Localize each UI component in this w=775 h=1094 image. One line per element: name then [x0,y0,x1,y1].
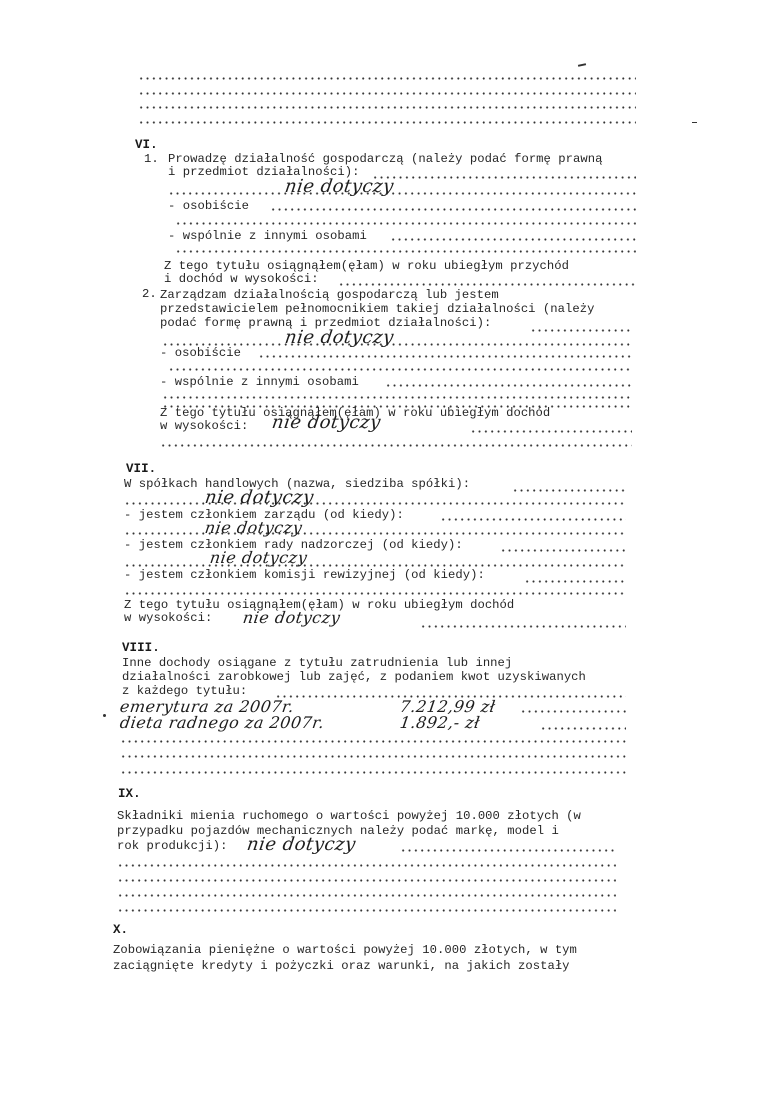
personally-label: - osobiście [160,346,241,360]
dotted-line [524,580,626,583]
dotted-line [162,396,632,399]
liabilities-line1: Zobowiązania pieniężne o wartości powyże… [113,943,577,957]
dotted-line [138,92,636,95]
item-2-text-line1: Zarządzam działalnością gospodarczą lub … [160,288,499,302]
item-1-text-line1: Prowadzę działalność gospodarczą (należy… [168,152,602,166]
audit-committee-label: - jestem członkiem komisji rewizyjnej (o… [124,568,485,582]
dotted-line [385,384,632,387]
item-2-text-line2: przedstawicielem pełnomocnikiem takiej d… [160,302,594,316]
scan-speck [578,63,586,67]
dotted-line [138,121,636,124]
dotted-line [390,238,636,241]
movable-property-line1: Składniki mienia ruchomego o wartości po… [117,809,581,823]
jointly-label: - wspólnie z innymi osobami [168,229,367,243]
dotted-line [258,355,632,358]
dotted-line [120,755,626,758]
movable-property-line3: rok produkcji): [117,839,227,853]
item-2-number: 2. [142,287,157,301]
other-income-line3: z każdego tytułu: [122,684,247,698]
dotted-line [124,592,626,595]
dotted-line [338,283,636,286]
section-viii-heading: VIII. [122,641,160,655]
dotted-line [120,740,626,743]
dotted-line [520,710,626,713]
other-income-line1: Inne dochody osiągane z tytułu zatrudnie… [122,656,512,670]
dotted-line [500,549,626,552]
dotted-line [175,222,636,225]
dotted-line [175,250,636,253]
handwritten-answer-form: nie dotyczy [284,176,396,197]
section-vii-heading: VII. [126,462,156,476]
income-entry-text: dieta radnego za 2007r. [119,713,326,732]
dotted-line [117,909,616,912]
dotted-line [270,208,636,211]
dotted-line [420,625,626,628]
liabilities-line2: zaciągnięte kredyty i pożyczki oraz waru… [113,959,570,973]
dotted-line [117,864,616,867]
dotted-line [124,532,626,535]
dotted-line [124,564,626,567]
dotted-line [138,106,636,109]
scan-speck [692,122,697,123]
dotted-line [160,444,632,447]
other-income-line2: działalności zarobkowej lub zajęć, z pod… [122,670,586,684]
scanned-declaration-page: VI. 1. Prowadzę działalność gospodarczą … [0,0,775,1094]
dotted-line [470,430,632,433]
dotted-line [440,518,626,521]
dotted-line [540,727,626,730]
income-text-line2: w wysokości: [124,611,212,625]
income-entry-amount: 1.892,- zł [399,713,482,732]
handwritten-answer-income: nie dotyczy [271,412,383,433]
section-vi-heading: VI. [135,138,158,152]
dotted-line [124,502,626,505]
dotted-line [512,489,626,492]
dotted-line [117,894,616,897]
dotted-line [168,192,636,195]
income-text-line2: w wysokości: [160,419,248,433]
handwritten-answer-property: nie dotyczy [246,834,358,855]
section-x-heading: X. [113,923,128,937]
scan-speck [103,714,106,717]
income-text-line2: i dochód w wysokości: [164,272,319,286]
personally-label: - osobiście [168,199,249,213]
dotted-line [372,176,636,179]
handwritten-answer-income: nie dotyczy [242,608,342,627]
jointly-label: - wspólnie z innymi osobami [160,375,359,389]
handwritten-answer-form: nie dotyczy [284,327,396,348]
dotted-line [117,879,616,882]
dotted-line [138,77,636,80]
dotted-line [530,329,632,332]
dotted-line [168,368,632,371]
section-ix-heading: IX. [118,787,141,801]
income-text-line1: Z tego tytułu osiągnąłem(ęłam) w roku ub… [164,259,569,273]
item-1-number: 1. [144,152,159,166]
dotted-line [400,849,616,852]
dotted-line [120,771,626,774]
